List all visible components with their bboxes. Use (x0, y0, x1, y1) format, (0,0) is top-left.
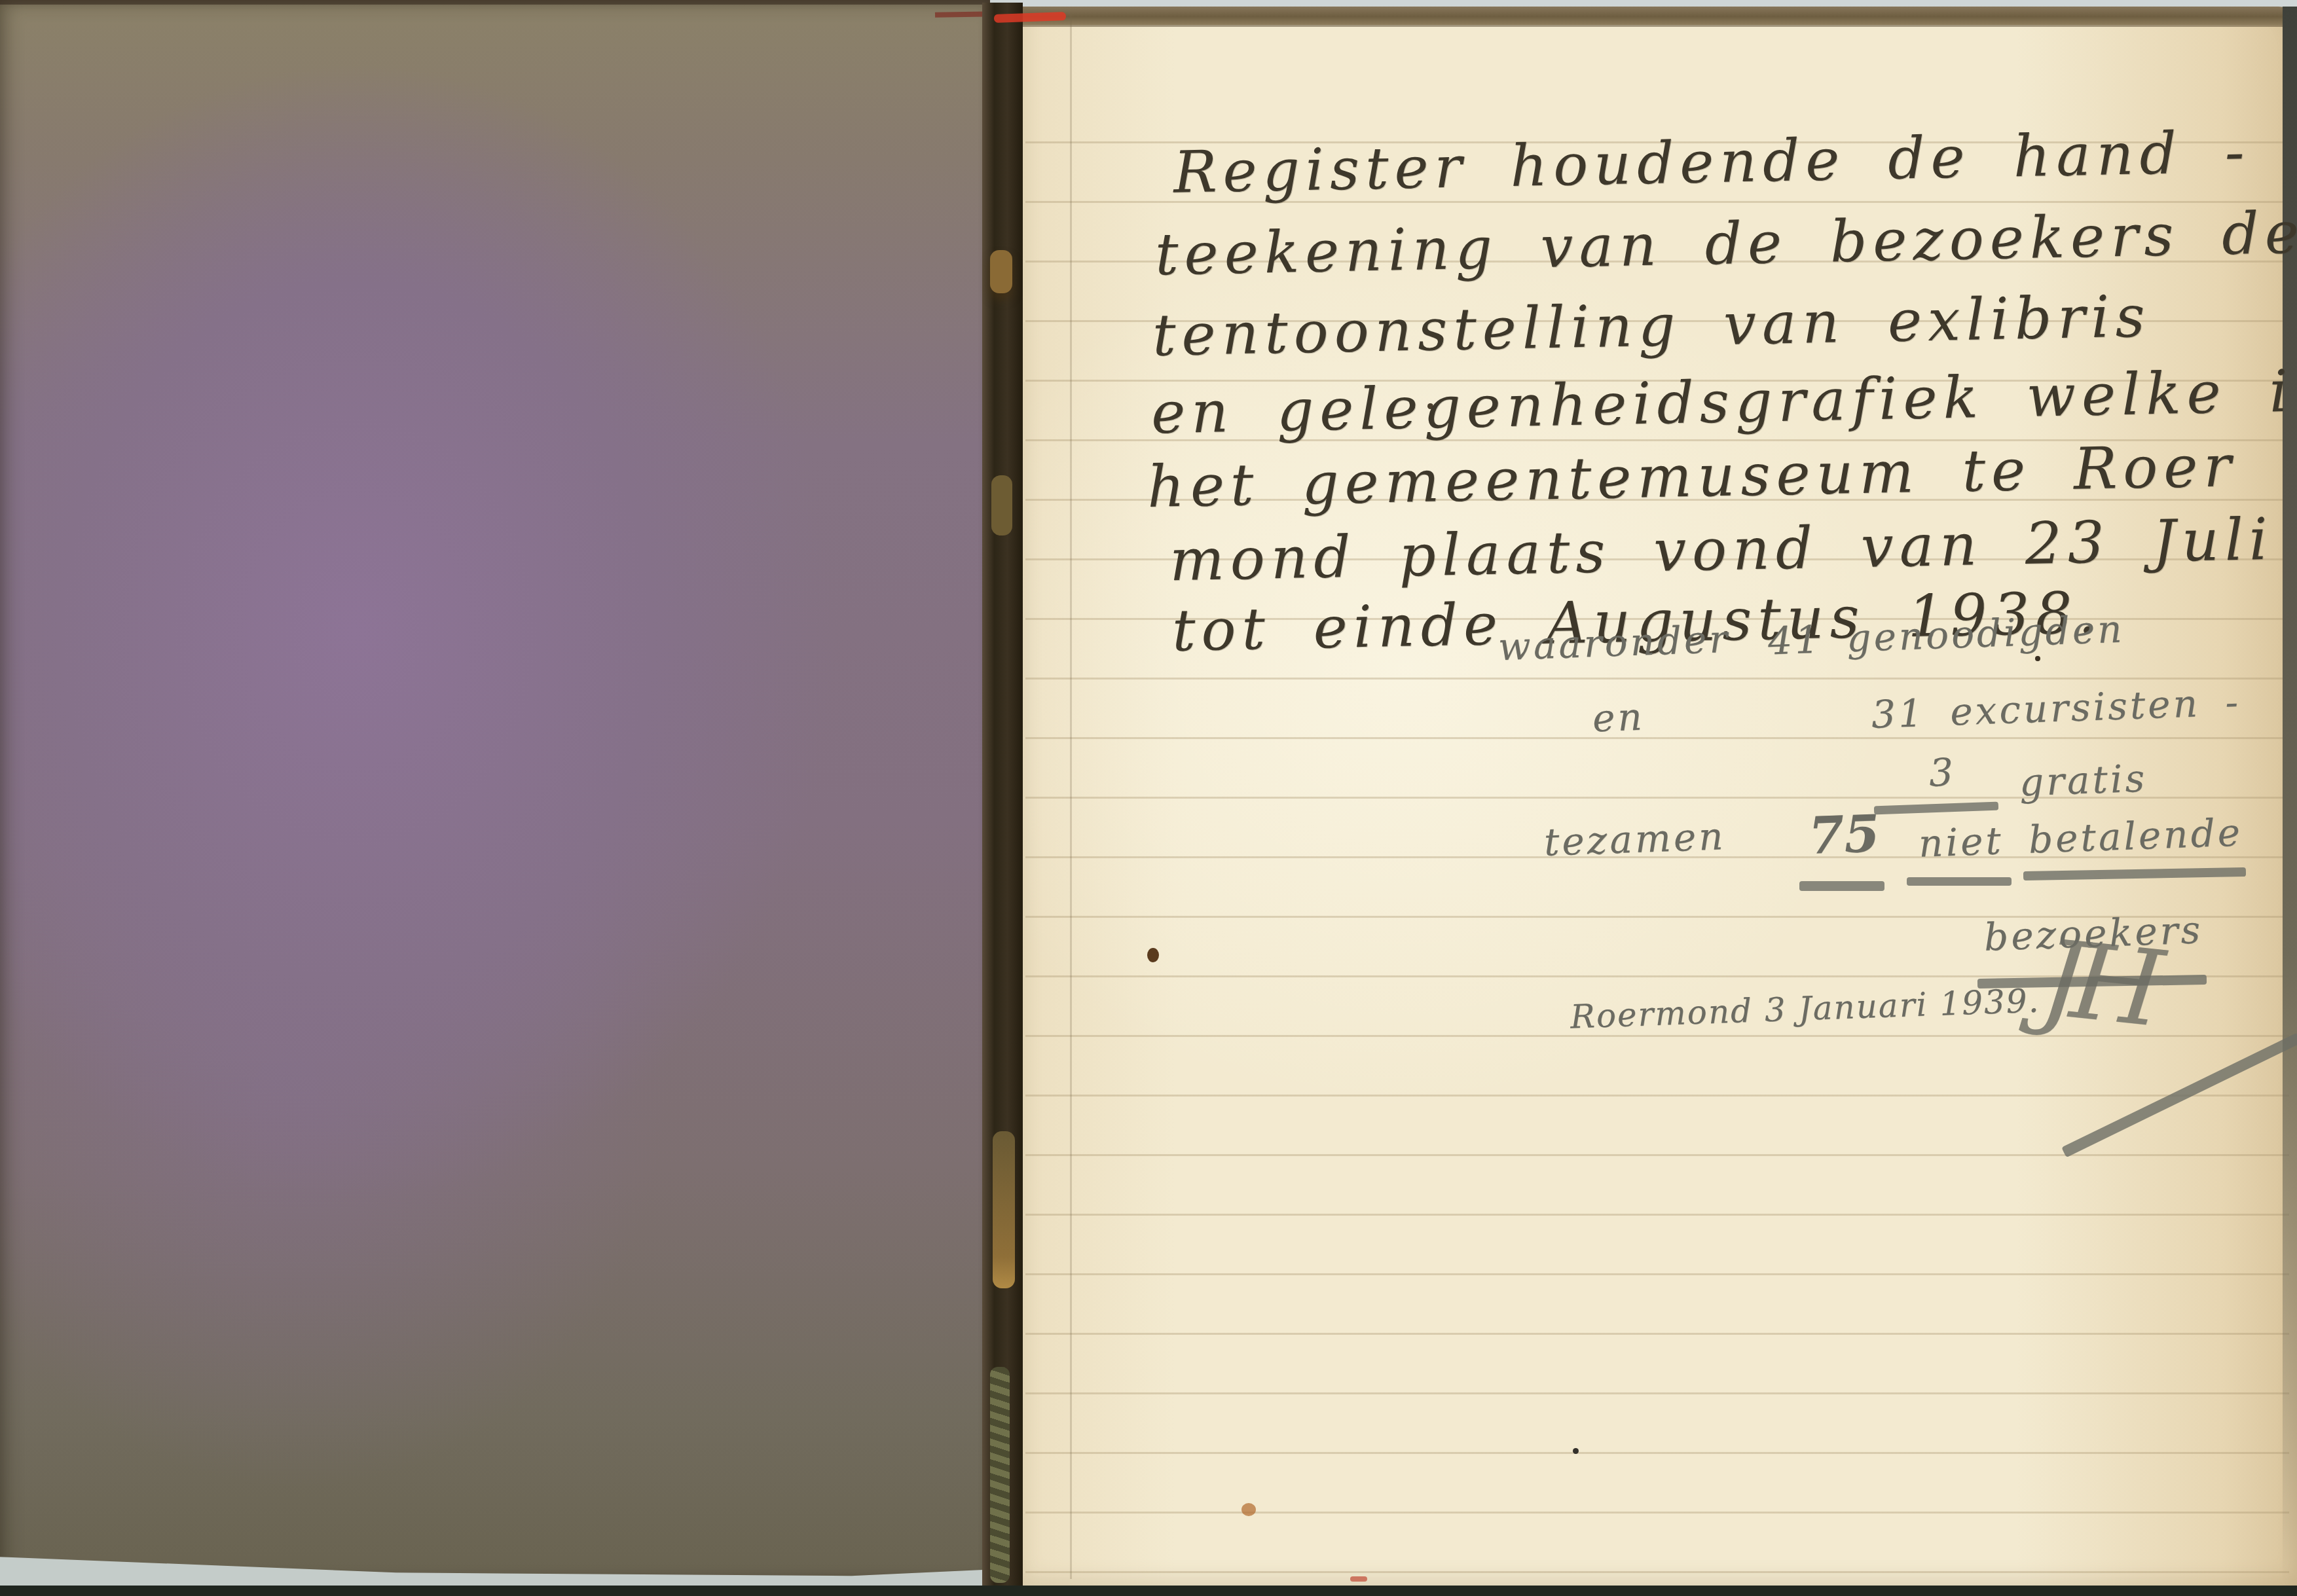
binding-gutter (982, 3, 1023, 1587)
notebook-scan: Register houdende de hand - teekening va… (0, 0, 2297, 1596)
paper-speck (1573, 1448, 1579, 1454)
scan-bottom-band (0, 1586, 2297, 1596)
notebook-inside-cover (0, 0, 990, 1579)
pencil-note-gratis: gratis (2019, 756, 2148, 805)
page-top-deckle-edge (1023, 7, 2297, 25)
stitch-thread (990, 250, 1012, 293)
underline-total-1 (1799, 881, 1884, 891)
pencil-note-tezamen: tezamen (1543, 814, 1727, 865)
underline-total-2 (1907, 877, 2012, 886)
pencil-note-gratis-count: 3 (1928, 750, 1957, 795)
paper-speck (1147, 948, 1159, 962)
paper-stain (1241, 1503, 1256, 1516)
cover-top-edge (0, 0, 990, 5)
page-crease (1070, 13, 1072, 1579)
stitch-thread (990, 1367, 1010, 1583)
red-edge-tick (1350, 1576, 1367, 1582)
stitch-thread (991, 475, 1012, 535)
pencil-note-en: en (1592, 695, 1645, 741)
pencil-note-waaronder: waaronder (1498, 617, 1731, 669)
paper-speck (2035, 656, 2040, 661)
stitch-thread (993, 1131, 1015, 1288)
pencil-note-total: 75 (1807, 804, 1881, 866)
initials-monogram: JH (2036, 916, 2158, 1050)
